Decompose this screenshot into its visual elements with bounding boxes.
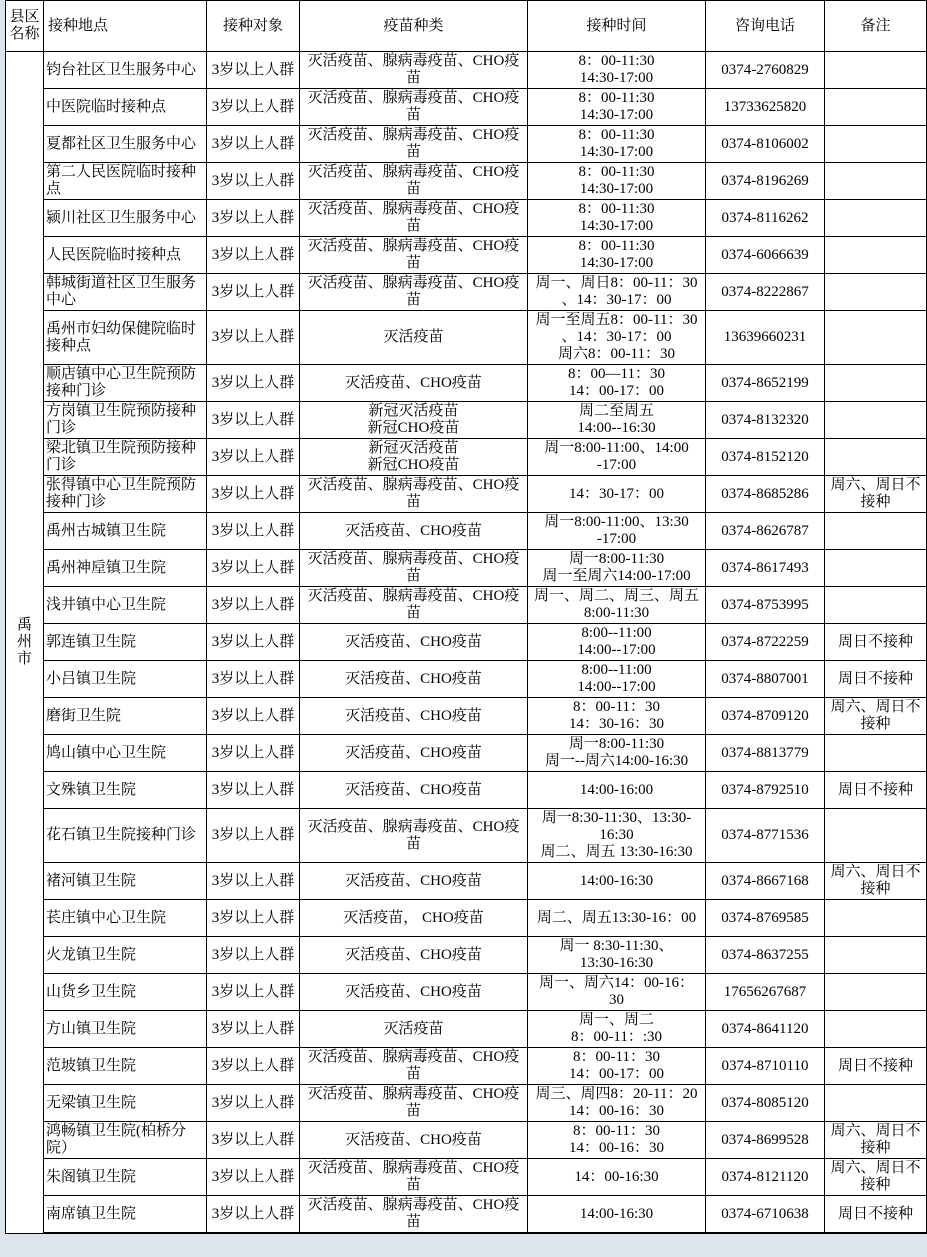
time-cell: 8：00-11:30 14:30-17:00 <box>528 89 706 126</box>
time-cell: 周三、周四8：20-11：20 14：00-16：30 <box>528 1085 706 1122</box>
header-note: 备注 <box>825 1 927 52</box>
vaccine-cell: 灭活疫苗、腺病毒疫苗、CHO疫苗 <box>300 200 528 237</box>
phone-cell: 0374-6710638 <box>706 1196 825 1234</box>
vaccine-cell: 灭活疫苗、腺病毒疫苗、CHO疫苗 <box>300 1159 528 1196</box>
table-row: 中医院临时接种点 3岁以上人群 灭活疫苗、腺病毒疫苗、CHO疫苗 8：00-11… <box>6 89 927 126</box>
vaccine-cell: 灭活疫苗、CHO疫苗 <box>300 974 528 1011</box>
header-phone: 咨询电话 <box>706 1 825 52</box>
note-cell: 周六、周日不接种 <box>825 698 927 735</box>
phone-cell: 0374-8699528 <box>706 1122 825 1159</box>
location-cell: 韩城街道社区卫生服务中心 <box>44 274 207 311</box>
note-cell: 周日不接种 <box>825 661 927 698</box>
note-cell: 周日不接种 <box>825 1196 927 1234</box>
target-cell: 3岁以上人群 <box>207 1159 300 1196</box>
phone-cell: 0374-8196269 <box>706 163 825 200</box>
phone-cell: 0374-8813779 <box>706 735 825 772</box>
header-time: 接种时间 <box>528 1 706 52</box>
phone-cell: 0374-8626787 <box>706 513 825 550</box>
vaccine-cell: 灭活疫苗 <box>300 1011 528 1048</box>
vaccine-cell: 灭活疫苗、CHO疫苗 <box>300 365 528 402</box>
phone-cell: 0374-8641120 <box>706 1011 825 1048</box>
note-cell <box>825 974 927 1011</box>
target-cell: 3岁以上人群 <box>207 698 300 735</box>
note-cell <box>825 200 927 237</box>
location-cell: 第二人民医院临时接种点 <box>44 163 207 200</box>
target-cell: 3岁以上人群 <box>207 974 300 1011</box>
target-cell: 3岁以上人群 <box>207 624 300 661</box>
time-cell: 周一8:00-11:30 周一至周六14:00-17:00 <box>528 550 706 587</box>
table-row: 磨街卫生院 3岁以上人群 灭活疫苗、CHO疫苗 8：00-11：30 14：30… <box>6 698 927 735</box>
table-row: 火龙镇卫生院 3岁以上人群 灭活疫苗、CHO疫苗 周一 8:30-11:30、 … <box>6 937 927 974</box>
target-cell: 3岁以上人群 <box>207 126 300 163</box>
header-county-name: 县区名称 <box>6 1 44 52</box>
vaccine-cell: 灭活疫苗、腺病毒疫苗、CHO疫苗 <box>300 1085 528 1122</box>
note-cell: 周日不接种 <box>825 772 927 809</box>
target-cell: 3岁以上人群 <box>207 476 300 513</box>
time-cell: 周二、周五13:30-16：00 <box>528 900 706 937</box>
phone-cell: 0374-6066639 <box>706 237 825 274</box>
table-row: 苌庄镇中心卫生院 3岁以上人群 灭活疫苗， CHO疫苗 周二、周五13:30-1… <box>6 900 927 937</box>
note-cell: 周六、周日不接种 <box>825 1122 927 1159</box>
table-row: 浅井镇中心卫生院 3岁以上人群 灭活疫苗、腺病毒疫苗、CHO疫苗 周一、周二、周… <box>6 587 927 624</box>
vaccine-cell: 灭活疫苗、腺病毒疫苗、CHO疫苗 <box>300 809 528 863</box>
time-cell: 周一 8:30-11:30、 13:30-16:30 <box>528 937 706 974</box>
location-cell: 张得镇中心卫生院预防接种门诊 <box>44 476 207 513</box>
target-cell: 3岁以上人群 <box>207 513 300 550</box>
vaccine-cell: 灭活疫苗、腺病毒疫苗、CHO疫苗 <box>300 52 528 89</box>
location-cell: 禹州古城镇卫生院 <box>44 513 207 550</box>
note-cell: 周日不接种 <box>825 1048 927 1085</box>
location-cell: 方岗镇卫生院预防接种门诊 <box>44 402 207 439</box>
phone-cell: 0374-8753995 <box>706 587 825 624</box>
phone-cell: 0374-8637255 <box>706 937 825 974</box>
time-cell: 周二至周五 14:00--16:30 <box>528 402 706 439</box>
location-cell: 钧台社区卫生服务中心 <box>44 52 207 89</box>
target-cell: 3岁以上人群 <box>207 550 300 587</box>
phone-cell: 0374-2760829 <box>706 52 825 89</box>
note-cell <box>825 513 927 550</box>
target-cell: 3岁以上人群 <box>207 809 300 863</box>
table-row: 方岗镇卫生院预防接种门诊 3岁以上人群 新冠灭活疫苗 新冠CHO疫苗 周二至周五… <box>6 402 927 439</box>
phone-cell: 0374-8685286 <box>706 476 825 513</box>
time-cell: 周一8:00-11:00、13:30 -17:00 <box>528 513 706 550</box>
location-cell: 范坡镇卫生院 <box>44 1048 207 1085</box>
phone-cell: 0374-8152120 <box>706 439 825 476</box>
note-cell <box>825 439 927 476</box>
target-cell: 3岁以上人群 <box>207 1085 300 1122</box>
table-row: 张得镇中心卫生院预防接种门诊 3岁以上人群 灭活疫苗、腺病毒疫苗、CHO疫苗 1… <box>6 476 927 513</box>
phone-cell: 0374-8106002 <box>706 126 825 163</box>
time-cell: 14：00-16:30 <box>528 1159 706 1196</box>
location-cell: 禹州神垕镇卫生院 <box>44 550 207 587</box>
target-cell: 3岁以上人群 <box>207 402 300 439</box>
phone-cell: 0374-8709120 <box>706 698 825 735</box>
note-cell <box>825 587 927 624</box>
phone-cell: 13639660231 <box>706 311 825 365</box>
time-cell: 周一、周二 8：00-11：:30 <box>528 1011 706 1048</box>
time-cell: 周一至周五8：00-11：30 、14：30-17：00 周六8：00-11：3… <box>528 311 706 365</box>
vaccine-cell: 灭活疫苗、CHO疫苗 <box>300 513 528 550</box>
vaccine-cell: 灭活疫苗、腺病毒疫苗、CHO疫苗 <box>300 237 528 274</box>
location-cell: 颍川社区卫生服务中心 <box>44 200 207 237</box>
location-cell: 鸠山镇中心卫生院 <box>44 735 207 772</box>
target-cell: 3岁以上人群 <box>207 863 300 900</box>
target-cell: 3岁以上人群 <box>207 1122 300 1159</box>
note-cell <box>825 1085 927 1122</box>
note-cell <box>825 1011 927 1048</box>
note-cell <box>825 89 927 126</box>
time-cell: 14:00-16:00 <box>528 772 706 809</box>
table-row: 顺店镇中心卫生院预防接种门诊 3岁以上人群 灭活疫苗、CHO疫苗 8：00—11… <box>6 365 927 402</box>
target-cell: 3岁以上人群 <box>207 661 300 698</box>
vaccine-cell: 灭活疫苗、腺病毒疫苗、CHO疫苗 <box>300 274 528 311</box>
vaccine-cell: 灭活疫苗、CHO疫苗 <box>300 735 528 772</box>
table-row: 韩城街道社区卫生服务中心 3岁以上人群 灭活疫苗、腺病毒疫苗、CHO疫苗 周一、… <box>6 274 927 311</box>
target-cell: 3岁以上人群 <box>207 937 300 974</box>
location-cell: 花石镇卫生院接种门诊 <box>44 809 207 863</box>
phone-cell: 0374-8652199 <box>706 365 825 402</box>
note-cell: 周六、周日不接种 <box>825 476 927 513</box>
time-cell: 8：00-11:30 14:30-17:00 <box>528 126 706 163</box>
vaccine-cell: 新冠灭活疫苗 新冠CHO疫苗 <box>300 402 528 439</box>
table-row: 鸠山镇中心卫生院 3岁以上人群 灭活疫苗、CHO疫苗 周一8:00-11:30 … <box>6 735 927 772</box>
target-cell: 3岁以上人群 <box>207 52 300 89</box>
table-row: 朱阁镇卫生院 3岁以上人群 灭活疫苗、腺病毒疫苗、CHO疫苗 14：00-16:… <box>6 1159 927 1196</box>
location-cell: 无梁镇卫生院 <box>44 1085 207 1122</box>
table-row: 南席镇卫生院 3岁以上人群 灭活疫苗、腺病毒疫苗、CHO疫苗 14:00-16:… <box>6 1196 927 1234</box>
location-cell: 南席镇卫生院 <box>44 1196 207 1234</box>
location-cell: 中医院临时接种点 <box>44 89 207 126</box>
table-row: 禹州神垕镇卫生院 3岁以上人群 灭活疫苗、腺病毒疫苗、CHO疫苗 周一8:00-… <box>6 550 927 587</box>
county-cell: 禹 州 市 <box>6 52 44 1234</box>
note-cell <box>825 365 927 402</box>
vaccine-cell: 灭活疫苗、腺病毒疫苗、CHO疫苗 <box>300 1048 528 1085</box>
target-cell: 3岁以上人群 <box>207 900 300 937</box>
note-cell: 周六、周日不接种 <box>825 863 927 900</box>
table-row: 禹 州 市钧台社区卫生服务中心 3岁以上人群 灭活疫苗、腺病毒疫苗、CHO疫苗 … <box>6 52 927 89</box>
note-cell <box>825 163 927 200</box>
target-cell: 3岁以上人群 <box>207 274 300 311</box>
time-cell: 8：00-11:30 14:30-17:00 <box>528 200 706 237</box>
target-cell: 3岁以上人群 <box>207 1196 300 1234</box>
table-row: 文殊镇卫生院 3岁以上人群 灭活疫苗、CHO疫苗 14:00-16:00 037… <box>6 772 927 809</box>
vaccine-cell: 灭活疫苗、CHO疫苗 <box>300 937 528 974</box>
phone-cell: 0374-8722259 <box>706 624 825 661</box>
time-cell: 周一8:00-11:00、14:00 -17:00 <box>528 439 706 476</box>
vaccine-cell: 灭活疫苗、CHO疫苗 <box>300 624 528 661</box>
table-row: 禹州市妇幼保健院临时接种点 3岁以上人群 灭活疫苗 周一至周五8：00-11：3… <box>6 311 927 365</box>
target-cell: 3岁以上人群 <box>207 311 300 365</box>
target-cell: 3岁以上人群 <box>207 89 300 126</box>
vaccine-cell: 灭活疫苗、腺病毒疫苗、CHO疫苗 <box>300 476 528 513</box>
note-cell <box>825 274 927 311</box>
vaccine-cell: 灭活疫苗、CHO疫苗 <box>300 1122 528 1159</box>
location-cell: 夏都社区卫生服务中心 <box>44 126 207 163</box>
vaccine-cell: 灭活疫苗、CHO疫苗 <box>300 863 528 900</box>
note-cell <box>825 900 927 937</box>
table-row: 梁北镇卫生院预防接种门诊 3岁以上人群 新冠灭活疫苗 新冠CHO疫苗 周一8:0… <box>6 439 927 476</box>
table-row: 花石镇卫生院接种门诊 3岁以上人群 灭活疫苗、腺病毒疫苗、CHO疫苗 周一8:3… <box>6 809 927 863</box>
note-cell <box>825 237 927 274</box>
phone-cell: 0374-8792510 <box>706 772 825 809</box>
location-cell: 褚河镇卫生院 <box>44 863 207 900</box>
note-cell <box>825 311 927 365</box>
time-cell: 周一8:30-11:30、13:30- 16:30 周二、周五 13:30-16… <box>528 809 706 863</box>
time-cell: 8：00-11：30 14：00-17：00 <box>528 1048 706 1085</box>
target-cell: 3岁以上人群 <box>207 587 300 624</box>
header-location: 接种地点 <box>44 1 207 52</box>
time-cell: 8：00-11:30 14:30-17:00 <box>528 163 706 200</box>
note-cell <box>825 52 927 89</box>
table-row: 第二人民医院临时接种点 3岁以上人群 灭活疫苗、腺病毒疫苗、CHO疫苗 8：00… <box>6 163 927 200</box>
time-cell: 周一、周六14：00-16： 30 <box>528 974 706 1011</box>
table-row: 郭连镇卫生院 3岁以上人群 灭活疫苗、CHO疫苗 8:00--11:00 14:… <box>6 624 927 661</box>
phone-cell: 13733625820 <box>706 89 825 126</box>
phone-cell: 0374-8132320 <box>706 402 825 439</box>
time-cell: 8：00—11：30 14：00-17：00 <box>528 365 706 402</box>
table-row: 褚河镇卫生院 3岁以上人群 灭活疫苗、CHO疫苗 14:00-16:30 037… <box>6 863 927 900</box>
location-cell: 顺店镇中心卫生院预防接种门诊 <box>44 365 207 402</box>
phone-cell: 0374-8222867 <box>706 274 825 311</box>
phone-cell: 0374-8771536 <box>706 809 825 863</box>
phone-cell: 0374-8769585 <box>706 900 825 937</box>
phone-cell: 0374-8667168 <box>706 863 825 900</box>
time-cell: 8：00-11：30 14：00-16：30 <box>528 1122 706 1159</box>
table-row: 鸿畅镇卫生院(柏桥分院） 3岁以上人群 灭活疫苗、CHO疫苗 8：00-11：3… <box>6 1122 927 1159</box>
note-cell <box>825 937 927 974</box>
table-row: 山货乡卫生院 3岁以上人群 灭活疫苗、CHO疫苗 周一、周六14：00-16： … <box>6 974 927 1011</box>
vaccination-sites-table: 县区名称 接种地点 接种对象 疫苗种类 接种时间 咨询电话 备注 禹 州 市钧台… <box>5 0 927 1234</box>
table-row: 小吕镇卫生院 3岁以上人群 灭活疫苗、CHO疫苗 8:00--11:00 14:… <box>6 661 927 698</box>
time-cell: 8：00-11:30 14:30-17:00 <box>528 237 706 274</box>
target-cell: 3岁以上人群 <box>207 1048 300 1085</box>
location-cell: 方山镇卫生院 <box>44 1011 207 1048</box>
vaccine-cell: 灭活疫苗、腺病毒疫苗、CHO疫苗 <box>300 126 528 163</box>
phone-cell: 0374-8085120 <box>706 1085 825 1122</box>
time-cell: 8:00--11:00 14:00--17:00 <box>528 661 706 698</box>
time-cell: 14:00-16:30 <box>528 1196 706 1234</box>
location-cell: 郭连镇卫生院 <box>44 624 207 661</box>
table-row: 颍川社区卫生服务中心 3岁以上人群 灭活疫苗、腺病毒疫苗、CHO疫苗 8：00-… <box>6 200 927 237</box>
phone-cell: 0374-8710110 <box>706 1048 825 1085</box>
vaccine-cell: 灭活疫苗、腺病毒疫苗、CHO疫苗 <box>300 163 528 200</box>
table-row: 禹州古城镇卫生院 3岁以上人群 灭活疫苗、CHO疫苗 周一8:00-11:00、… <box>6 513 927 550</box>
location-cell: 文殊镇卫生院 <box>44 772 207 809</box>
phone-cell: 17656267687 <box>706 974 825 1011</box>
target-cell: 3岁以上人群 <box>207 735 300 772</box>
target-cell: 3岁以上人群 <box>207 772 300 809</box>
vaccine-cell: 灭活疫苗、CHO疫苗 <box>300 661 528 698</box>
note-cell <box>825 126 927 163</box>
phone-cell: 0374-8807001 <box>706 661 825 698</box>
vaccine-cell: 灭活疫苗， CHO疫苗 <box>300 900 528 937</box>
vaccine-cell: 灭活疫苗、CHO疫苗 <box>300 698 528 735</box>
location-cell: 禹州市妇幼保健院临时接种点 <box>44 311 207 365</box>
vaccine-cell: 灭活疫苗、CHO疫苗 <box>300 772 528 809</box>
phone-cell: 0374-8121120 <box>706 1159 825 1196</box>
time-cell: 8：00-11：30 14：30-16：30 <box>528 698 706 735</box>
note-cell: 周六、周日不接种 <box>825 1159 927 1196</box>
time-cell: 8:00--11:00 14:00--17:00 <box>528 624 706 661</box>
vaccine-cell: 灭活疫苗、腺病毒疫苗、CHO疫苗 <box>300 89 528 126</box>
location-cell: 苌庄镇中心卫生院 <box>44 900 207 937</box>
table-row: 夏都社区卫生服务中心 3岁以上人群 灭活疫苗、腺病毒疫苗、CHO疫苗 8：00-… <box>6 126 927 163</box>
location-cell: 磨街卫生院 <box>44 698 207 735</box>
target-cell: 3岁以上人群 <box>207 237 300 274</box>
location-cell: 浅井镇中心卫生院 <box>44 587 207 624</box>
target-cell: 3岁以上人群 <box>207 200 300 237</box>
header-row: 县区名称 接种地点 接种对象 疫苗种类 接种时间 咨询电话 备注 <box>6 1 927 52</box>
vaccination-table-sheet: 县区名称 接种地点 接种对象 疫苗种类 接种时间 咨询电话 备注 禹 州 市钧台… <box>0 0 927 1257</box>
location-cell: 梁北镇卫生院预防接种门诊 <box>44 439 207 476</box>
table-row: 无梁镇卫生院 3岁以上人群 灭活疫苗、腺病毒疫苗、CHO疫苗 周三、周四8：20… <box>6 1085 927 1122</box>
time-cell: 8：00-11:30 14:30-17:00 <box>528 52 706 89</box>
note-cell <box>825 550 927 587</box>
time-cell: 周一8:00-11:30 周一--周六14:00-16:30 <box>528 735 706 772</box>
vaccine-cell: 灭活疫苗、腺病毒疫苗、CHO疫苗 <box>300 1196 528 1234</box>
location-cell: 人民医院临时接种点 <box>44 237 207 274</box>
target-cell: 3岁以上人群 <box>207 439 300 476</box>
target-cell: 3岁以上人群 <box>207 163 300 200</box>
phone-cell: 0374-8116262 <box>706 200 825 237</box>
target-cell: 3岁以上人群 <box>207 1011 300 1048</box>
table-row: 方山镇卫生院 3岁以上人群 灭活疫苗 周一、周二 8：00-11：:30 037… <box>6 1011 927 1048</box>
time-cell: 14:00-16:30 <box>528 863 706 900</box>
table-row: 人民医院临时接种点 3岁以上人群 灭活疫苗、腺病毒疫苗、CHO疫苗 8：00-1… <box>6 237 927 274</box>
time-cell: 周一、周日8：00-11：30 、14：30-17：00 <box>528 274 706 311</box>
time-cell: 周一、周二、周三、周五 8:00-11:30 <box>528 587 706 624</box>
vaccine-cell: 灭活疫苗 <box>300 311 528 365</box>
phone-cell: 0374-8617493 <box>706 550 825 587</box>
header-vaccine-type: 疫苗种类 <box>300 1 528 52</box>
location-cell: 朱阁镇卫生院 <box>44 1159 207 1196</box>
target-cell: 3岁以上人群 <box>207 365 300 402</box>
note-cell: 周日不接种 <box>825 624 927 661</box>
note-cell <box>825 735 927 772</box>
time-cell: 14：30-17：00 <box>528 476 706 513</box>
note-cell <box>825 402 927 439</box>
vaccine-cell: 新冠灭活疫苗 新冠CHO疫苗 <box>300 439 528 476</box>
location-cell: 鸿畅镇卫生院(柏桥分院） <box>44 1122 207 1159</box>
note-cell <box>825 809 927 863</box>
location-cell: 火龙镇卫生院 <box>44 937 207 974</box>
location-cell: 山货乡卫生院 <box>44 974 207 1011</box>
header-target: 接种对象 <box>207 1 300 52</box>
table-row: 范坡镇卫生院 3岁以上人群 灭活疫苗、腺病毒疫苗、CHO疫苗 8：00-11：3… <box>6 1048 927 1085</box>
vaccine-cell: 灭活疫苗、腺病毒疫苗、CHO疫苗 <box>300 550 528 587</box>
vaccine-cell: 灭活疫苗、腺病毒疫苗、CHO疫苗 <box>300 587 528 624</box>
location-cell: 小吕镇卫生院 <box>44 661 207 698</box>
